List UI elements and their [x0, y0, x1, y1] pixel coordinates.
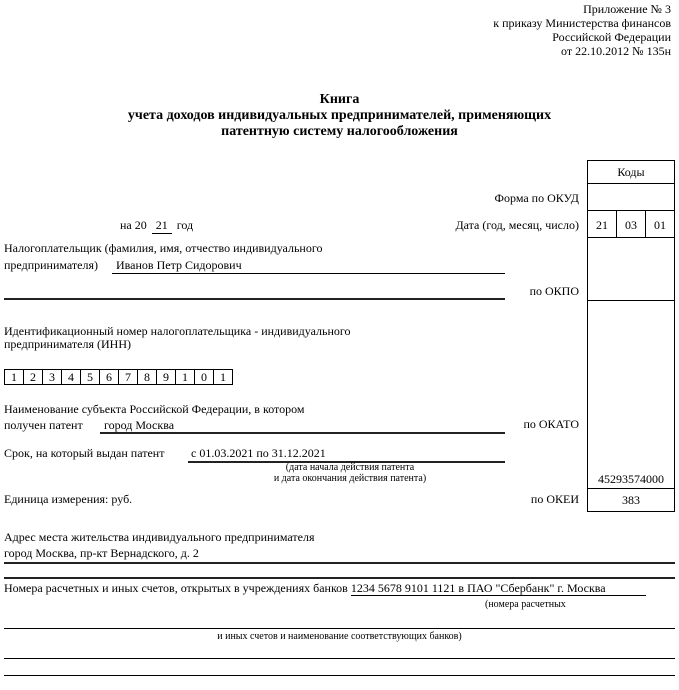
year-suffix: год [177, 218, 193, 232]
accounts-top-line [4, 577, 675, 579]
okei-value: 383 [588, 493, 674, 508]
inn-label-line2: предпринимателя (ИНН) [4, 338, 351, 351]
address-value[interactable]: город Москва, пр-кт Вернадского, д. 2 [4, 546, 199, 561]
patent-term-hint-line1: (дата начала действия патента [220, 462, 480, 473]
okpo-cell [587, 237, 675, 301]
inn-label: Идентификационный номер налогоплательщик… [4, 325, 351, 351]
patent-term-value[interactable]: с 01.03.2021 по 31.12.2021 [191, 446, 326, 461]
taxpayer-label-line1: Налогоплательщик (фамилия, имя, отчество… [4, 241, 322, 256]
date-year-cell: 21 [587, 210, 617, 238]
date-year: 21 [588, 218, 616, 233]
okud-cell [587, 183, 675, 211]
inn-digit: 6 [100, 370, 119, 384]
accounts-line-4 [4, 675, 675, 676]
inn-digit: 9 [157, 370, 176, 384]
accounts-line-2 [4, 628, 675, 629]
inn-digit: 2 [24, 370, 43, 384]
okei-label: по ОКЕИ [531, 492, 579, 507]
date-day: 01 [646, 218, 674, 233]
appendix-line: к приказу Министерства финансов [493, 16, 671, 30]
region-label-line2: получен патент [4, 418, 83, 433]
appendix-note: Приложение № 3 к приказу Министерства фи… [493, 2, 671, 58]
okpo-label: по ОКПО [530, 284, 579, 299]
appendix-line: Российской Федерации [493, 30, 671, 44]
date-month: 03 [617, 218, 645, 233]
year-prefix: на 20 [120, 218, 147, 232]
taxpayer-underline [112, 273, 505, 274]
inn-digit: 4 [62, 370, 81, 384]
accounts-hint-line1: (номера расчетных [485, 599, 566, 610]
okato-value: 45293574000 [588, 472, 674, 487]
taxpayer-value[interactable]: Иванов Петр Сидорович [116, 258, 242, 273]
appendix-line: Приложение № 3 [493, 2, 671, 16]
region-underline [100, 432, 505, 434]
okei-cell: 383 [587, 488, 675, 512]
accounts-hint-line2: и иных счетов и наименование соответству… [0, 631, 679, 642]
region-value[interactable]: город Москва [104, 418, 174, 433]
patent-term-hint-line2: и дата окончания действия патента) [220, 473, 480, 484]
inn-digit: 1 [5, 370, 24, 384]
accounts-value[interactable]: 1234 5678 9101 1121 в ПАО "Сбербанк" г. … [351, 581, 646, 596]
okato-label: по ОКАТО [523, 417, 579, 432]
inn-digit: 5 [81, 370, 100, 384]
patent-term-hint: (дата начала действия патента и дата око… [220, 462, 480, 484]
inn-digits[interactable]: 1 2 3 4 5 6 7 8 9 1 0 1 [4, 369, 233, 385]
taxpayer-underline-2 [4, 298, 505, 300]
title-line: Книга [0, 92, 679, 108]
accounts-line-3 [4, 658, 675, 659]
codes-header-cell: Коды [587, 160, 675, 184]
address-label: Адрес места жительства индивидуального п… [4, 530, 314, 545]
inn-digit: 3 [43, 370, 62, 384]
date-label: Дата (год, месяц, число) [455, 218, 579, 233]
accounts-row: Номера расчетных и иных счетов, открытых… [4, 581, 675, 596]
okato-cell: 45293574000 [587, 300, 675, 489]
inn-digit: 7 [119, 370, 138, 384]
okud-label: Форма по ОКУД [495, 191, 579, 206]
accounts-label: Номера расчетных и иных счетов, открытых… [4, 581, 348, 595]
date-month-cell: 03 [616, 210, 646, 238]
address-underline [4, 562, 675, 564]
year-value[interactable]: 21 [152, 218, 172, 234]
codes-header: Коды [588, 165, 674, 180]
title-line: патентную систему налогообложения [0, 124, 679, 140]
patent-term-label: Срок, на который выдан патент [4, 446, 164, 461]
taxpayer-label-line2: предпринимателя) [4, 258, 98, 273]
inn-digit: 0 [195, 370, 214, 384]
unit-label: Единица измерения: руб. [4, 492, 132, 507]
appendix-line: от 22.10.2012 № 135н [493, 44, 671, 58]
inn-digit: 1 [176, 370, 195, 384]
year-line: на 20 21 год [120, 218, 193, 234]
title-line: учета доходов индивидуальных предпринима… [0, 108, 679, 124]
region-label-line1: Наименование субъекта Российской Федерац… [4, 402, 305, 417]
date-day-cell: 01 [645, 210, 675, 238]
inn-digit: 8 [138, 370, 157, 384]
inn-digit: 1 [214, 370, 232, 384]
document-title: Книга учета доходов индивидуальных предп… [0, 92, 679, 140]
